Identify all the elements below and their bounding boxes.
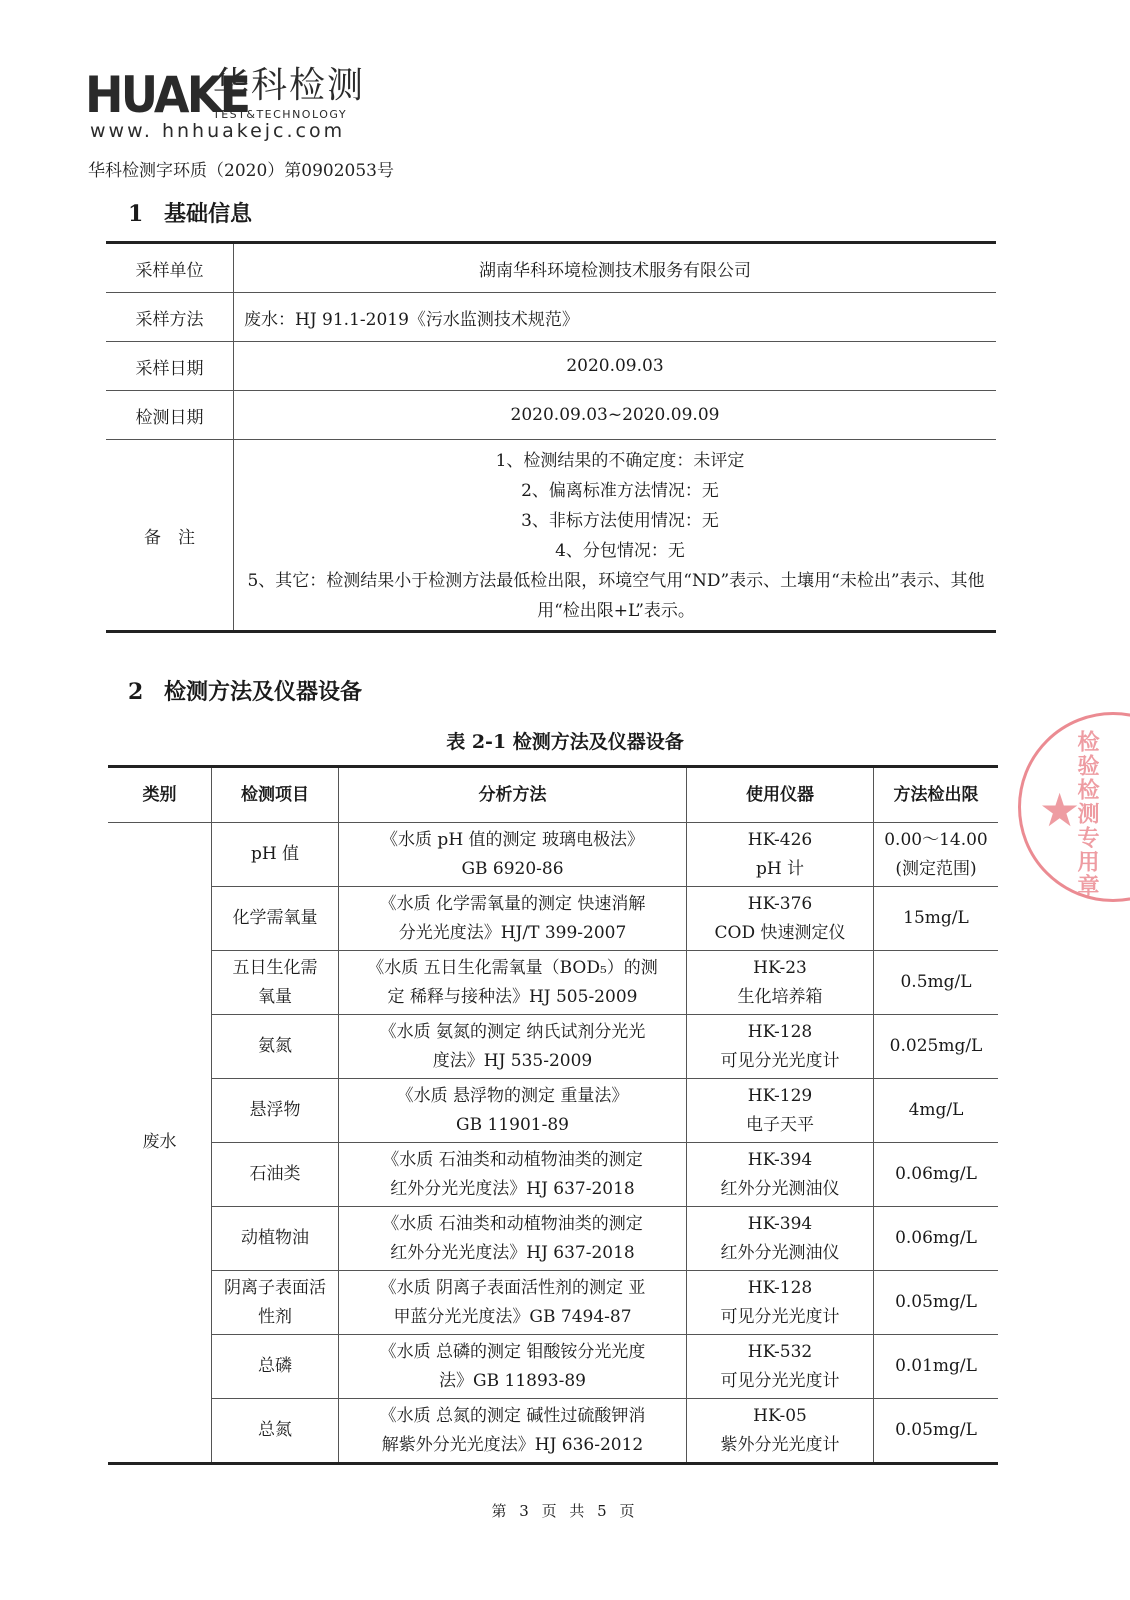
table-row: 氨氮 《水质 氨氮的测定 纳氏试剂分光光度法》HJ 535-2009 HK-12… (108, 1015, 998, 1079)
table-row: 废水 pH 值 《水质 pH 值的测定 玻璃电极法》GB 6920-86 HK-… (108, 823, 998, 887)
limit-cell: 15mg/L (874, 887, 999, 951)
limit-cell: 0.05mg/L (874, 1271, 999, 1335)
method-cell: 《水质 阴离子表面活性剂的测定 亚甲蓝分光光度法》GB 7494-87 (339, 1271, 687, 1335)
table-row: 石油类 《水质 石油类和动植物油类的测定红外分光光度法》HJ 637-2018 … (108, 1143, 998, 1207)
category-cell: 废水 (108, 823, 212, 1464)
method-cell: 《水质 悬浮物的测定 重量法》GB 11901-89 (339, 1079, 687, 1143)
instrument-cell: HK-426pH 计 (687, 823, 874, 887)
item-cell: 石油类 (212, 1143, 339, 1207)
limit-cell: 0.01mg/L (874, 1335, 999, 1399)
header-limit: 方法检出限 (874, 767, 999, 823)
row-label: 采样单位 (106, 243, 234, 293)
table-row: 动植物油 《水质 石油类和动植物油类的测定红外分光光度法》HJ 637-2018… (108, 1207, 998, 1271)
stamp-text: 检验检测专用章 (1071, 730, 1102, 898)
instrument-cell: HK-128可见分光光度计 (687, 1015, 874, 1079)
logo-chinese-name: 华科检测 (213, 66, 365, 106)
table-row: 采样日期 2020.09.03 (106, 342, 996, 391)
item-cell: 总磷 (212, 1335, 339, 1399)
row-value: 2020.09.03~2020.09.09 (234, 391, 997, 440)
notes-row: 备 注 1、检测结果的不确定度：未评定 2、偏离标准方法情况：无 3、非标方法使… (106, 440, 996, 632)
method-cell: 《水质 总氮的测定 碱性过硫酸钾消解紫外分光光度法》HJ 636-2012 (339, 1399, 687, 1464)
method-cell: 《水质 石油类和动植物油类的测定红外分光光度法》HJ 637-2018 (339, 1207, 687, 1271)
limit-cell: 4mg/L (874, 1079, 999, 1143)
limit-cell: 0.5mg/L (874, 951, 999, 1015)
limit-cell: 0.025mg/L (874, 1015, 999, 1079)
row-label: 采样日期 (106, 342, 234, 391)
report-number: 华科检测字环质（2020）第0902053号 (88, 156, 394, 181)
header-item: 检测项目 (212, 767, 339, 823)
methods-table: 类别 检测项目 分析方法 使用仪器 方法检出限 废水 pH 值 《水质 pH 值… (108, 765, 998, 1465)
row-label: 检测日期 (106, 391, 234, 440)
limit-cell: 0.06mg/L (874, 1143, 999, 1207)
limit-cell: 0.05mg/L (874, 1399, 999, 1464)
table-row: 五日生化需氧量 《水质 五日生化需氧量（BOD₅）的测定 稀释与接种法》HJ 5… (108, 951, 998, 1015)
note-item: 5、其它：检测结果小于检测方法最低检出限，环境空气用“ND”表示、土壤用“未检出… (244, 566, 996, 626)
table-row: 采样方法 废水：HJ 91.1-2019《污水监测技术规范》 (106, 293, 996, 342)
notes-label: 备 注 (106, 440, 234, 632)
item-cell: 悬浮物 (212, 1079, 339, 1143)
instrument-cell: HK-129电子天平 (687, 1079, 874, 1143)
method-cell: 《水质 五日生化需氧量（BOD₅）的测定 稀释与接种法》HJ 505-2009 (339, 951, 687, 1015)
item-cell: 阴离子表面活性剂 (212, 1271, 339, 1335)
row-value: 废水：HJ 91.1-2019《污水监测技术规范》 (234, 293, 997, 342)
table-row: 检测日期 2020.09.03~2020.09.09 (106, 391, 996, 440)
header-instrument: 使用仪器 (687, 767, 874, 823)
instrument-cell: HK-394红外分光测油仪 (687, 1143, 874, 1207)
instrument-cell: HK-23生化培养箱 (687, 951, 874, 1015)
instrument-cell: HK-05紫外分光光度计 (687, 1399, 874, 1464)
note-item: 2、偏离标准方法情况：无 (244, 476, 996, 506)
item-cell: 化学需氧量 (212, 887, 339, 951)
instrument-cell: HK-394红外分光测油仪 (687, 1207, 874, 1271)
limit-cell: 0.06mg/L (874, 1207, 999, 1271)
method-cell: 《水质 氨氮的测定 纳氏试剂分光光度法》HJ 535-2009 (339, 1015, 687, 1079)
section-2-title: 2检测方法及仪器设备 (128, 675, 362, 706)
method-cell: 《水质 化学需氧量的测定 快速消解分光光度法》HJ/T 399-2007 (339, 887, 687, 951)
item-cell: pH 值 (212, 823, 339, 887)
instrument-cell: HK-532可见分光光度计 (687, 1335, 874, 1399)
basic-info-table: 采样单位 湖南华科环境检测技术服务有限公司 采样方法 废水：HJ 91.1-20… (106, 241, 996, 633)
row-value: 2020.09.03 (234, 342, 997, 391)
table-row: 阴离子表面活性剂 《水质 阴离子表面活性剂的测定 亚甲蓝分光光度法》GB 749… (108, 1271, 998, 1335)
item-cell: 动植物油 (212, 1207, 339, 1271)
table-row: 采样单位 湖南华科环境检测技术服务有限公司 (106, 243, 996, 293)
method-cell: 《水质 pH 值的测定 玻璃电极法》GB 6920-86 (339, 823, 687, 887)
row-label: 采样方法 (106, 293, 234, 342)
table-caption: 表 2-1 检测方法及仪器设备 (0, 727, 1130, 754)
item-cell: 总氮 (212, 1399, 339, 1464)
header-method: 分析方法 (339, 767, 687, 823)
method-cell: 《水质 总磷的测定 钼酸铵分光光度法》GB 11893-89 (339, 1335, 687, 1399)
table-row: 总磷 《水质 总磷的测定 钼酸铵分光光度法》GB 11893-89 HK-532… (108, 1335, 998, 1399)
table-row: 悬浮物 《水质 悬浮物的测定 重量法》GB 11901-89 HK-129电子天… (108, 1079, 998, 1143)
instrument-cell: HK-376COD 快速测定仪 (687, 887, 874, 951)
row-value: 湖南华科环境检测技术服务有限公司 (234, 243, 997, 293)
notes-content: 1、检测结果的不确定度：未评定 2、偏离标准方法情况：无 3、非标方法使用情况：… (234, 440, 997, 632)
table-header-row: 类别 检测项目 分析方法 使用仪器 方法检出限 (108, 767, 998, 823)
table-row: 总氮 《水质 总氮的测定 碱性过硫酸钾消解紫外分光光度法》HJ 636-2012… (108, 1399, 998, 1464)
note-item: 4、分包情况：无 (244, 536, 996, 566)
instrument-cell: HK-128可见分光光度计 (687, 1271, 874, 1335)
note-item: 3、非标方法使用情况：无 (244, 506, 996, 536)
note-item: 1、检测结果的不确定度：未评定 (244, 446, 996, 476)
section-1-title: 1基础信息 (128, 197, 252, 228)
item-cell: 氨氮 (212, 1015, 339, 1079)
website-url: www. hnhuakejc.com (90, 120, 345, 142)
method-cell: 《水质 石油类和动植物油类的测定红外分光光度法》HJ 637-2018 (339, 1143, 687, 1207)
item-cell: 五日生化需氧量 (212, 951, 339, 1015)
table-row: 化学需氧量 《水质 化学需氧量的测定 快速消解分光光度法》HJ/T 399-20… (108, 887, 998, 951)
page-number: 第 3 页 共 5 页 (0, 1500, 1130, 1521)
header-category: 类别 (108, 767, 212, 823)
limit-cell: 0.00～14.00(测定范围) (874, 823, 999, 887)
